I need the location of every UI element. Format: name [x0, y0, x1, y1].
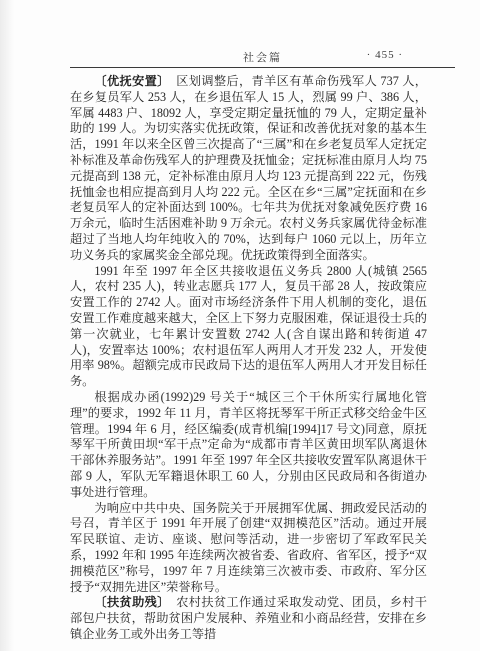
paragraph-shuangyong: 为响应中共中央、国务院关于开展拥军优属、拥政爱民活动的号召，青羊区于 1991 … — [70, 501, 427, 596]
paragraph-heading: 〔扶贫助残〕 — [94, 595, 163, 609]
scanned-book-page: 社会篇 · 455 · 〔优抚安置〕 区划调整后，青羊区有革命伤残军人 737 … — [0, 0, 480, 651]
paragraph-youfu-anzhi: 〔优抚安置〕 区划调整后，青羊区有革命伤残军人 737 人，在乡复员军人 253… — [70, 74, 427, 264]
running-header: 社会篇 · 455 · — [70, 46, 455, 68]
section-title: 社会篇 — [210, 49, 315, 65]
paragraph-text: 根据成办函(1992)29 号关于“城区三个干休所实行属地化管理”的要求，199… — [70, 390, 427, 499]
page-number: · 455 · — [367, 49, 403, 61]
paragraph-heading: 〔优抚安置〕 — [94, 74, 163, 88]
paragraph-text: 为响应中共中央、国务院关于开展拥军优属、拥政爱民活动的号召，青羊区于 1991 … — [70, 501, 427, 594]
paragraph-text: 区划调整后，青羊区有革命伤残军人 737 人，在乡复员军人 253 人，在乡退伍… — [70, 74, 427, 262]
paragraph-demobilized-soldiers: 1991 年至 1997 年全区共接收退伍义务兵 2800 人(城镇 2565 … — [70, 264, 427, 390]
paragraph-text: 1991 年至 1997 年全区共接收退伍义务兵 2800 人(城镇 2565 … — [70, 264, 427, 389]
body-text: 〔优抚安置〕 区划调整后，青羊区有革命伤残军人 737 人，在乡复员军人 253… — [70, 74, 427, 643]
paragraph-retired-cadres: 根据成办函(1992)29 号关于“城区三个干休所实行属地化管理”的要求，199… — [70, 390, 427, 501]
paragraph-fupin-zhucan: 〔扶贫助残〕 农村扶贫工作通过采取发动党、团员，乡村干部包户扶贫，帮助贫困户发展… — [70, 595, 427, 642]
scan-edge-shadow — [0, 0, 14, 651]
